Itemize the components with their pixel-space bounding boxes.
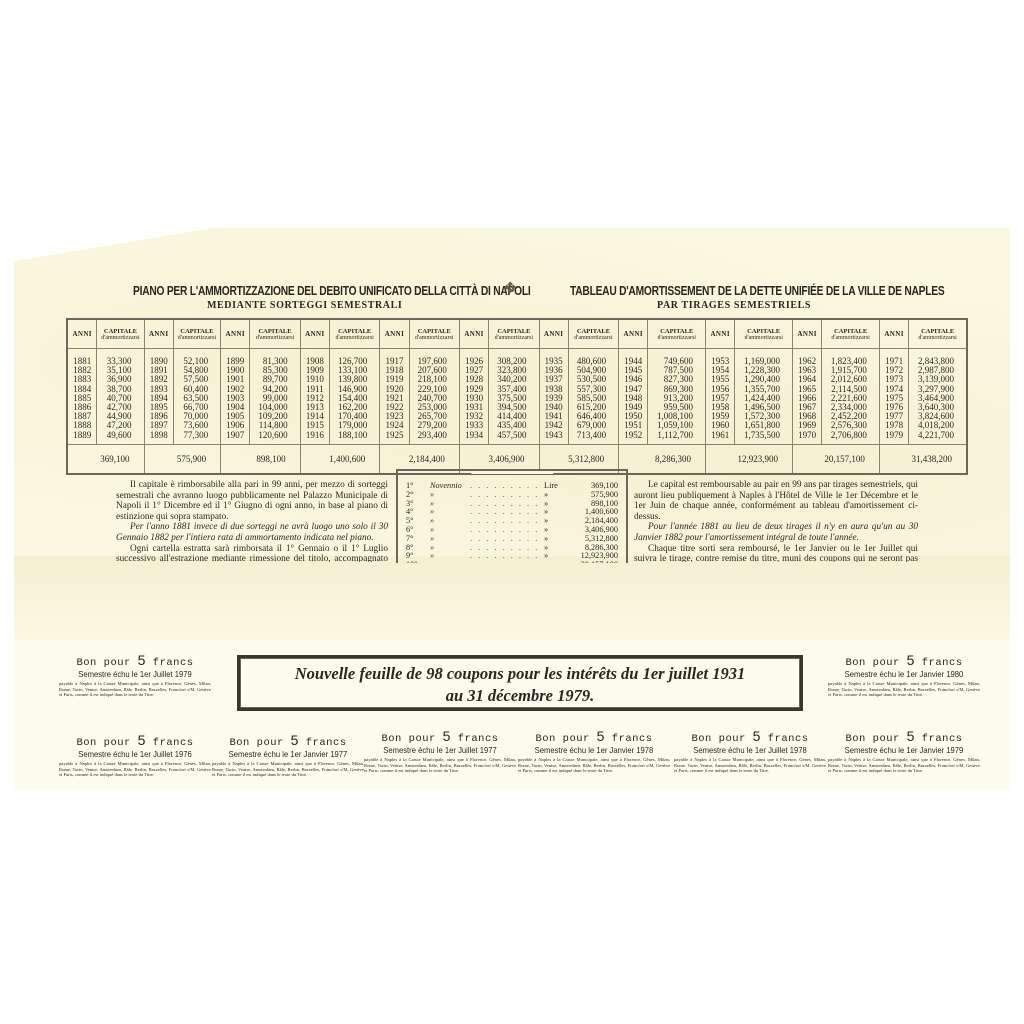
paragraph-text: Pour l'année 1881 au lieu de deux tirage… xyxy=(634,522,918,543)
coupon-amount: Bon pour 5 francs xyxy=(360,728,520,745)
riepilogo-row: 10°». . . . . . . . . . . . . . . . . . … xyxy=(406,561,618,563)
coupon: Bon pour 5 francsSemestre échu le 1er Ja… xyxy=(824,652,984,698)
paragraph-text: Il capitale è rimborsabile alla pari in … xyxy=(116,480,388,522)
coupon-semester: Semestre échu le 1er Juillet 1979 xyxy=(63,669,207,679)
header-anni: ANNI xyxy=(67,319,97,349)
capital-column: 2,843,8002,987,8003,139,0003,297,9003,46… xyxy=(909,349,967,445)
period-total: 1,400,600 xyxy=(300,444,380,474)
header-capitale: CAPITALEd'ammortizzarsi xyxy=(909,319,967,349)
coupon-fine-print: payable à Naples à la Caisse Municipale,… xyxy=(828,757,980,774)
header-capitale: CAPITALEd'ammortizzarsi xyxy=(173,319,220,349)
year-column: 194419451946194719481949195019511952 xyxy=(619,349,648,445)
period-total: 575,900 xyxy=(144,444,221,474)
period-total: 8,286,300 xyxy=(619,444,706,474)
period-total: 20,157,100 xyxy=(792,444,879,474)
year-column: 193519361937193819391940194119421943 xyxy=(539,349,568,445)
year-column: 197119721973197419751976197719781979 xyxy=(879,349,908,445)
paragraph-text: Chaque titre sorti sera remboursé, le 1e… xyxy=(634,544,918,562)
coupon-amount: Bon pour 5 francs xyxy=(55,652,215,669)
coupon: Bon pour 5 francsSemestre échu le 1er Ju… xyxy=(360,728,520,774)
riepilogo-row: 1°Novennio. . . . . . . . . . . . . . . … xyxy=(406,482,618,491)
coupon-fine-print: payable à Naples à la Caisse Municipale,… xyxy=(364,757,516,774)
capital-column: 1,823,4001,915,7002,012,6002,114,5002,22… xyxy=(822,349,880,445)
header-capitale: CAPITALEd'ammortizzarsi xyxy=(409,319,459,349)
coupon-fine-print: payable à Naples à la Caisse Municipale,… xyxy=(828,681,980,698)
header-capitale: CAPITALEd'ammortizzarsi xyxy=(822,319,880,349)
paragraph-text: Le capital est remboursable au pair en 9… xyxy=(634,480,918,522)
coupon-semester: Semestre échu le 1er Juillet 1977 xyxy=(368,745,512,755)
header-anni: ANNI xyxy=(144,319,173,349)
header-capitale: CAPITALEd'ammortizzarsi xyxy=(568,319,618,349)
header-anni: ANNI xyxy=(380,319,409,349)
folded-flap xyxy=(14,556,1010,646)
banner-line-1: Nouvelle feuille de 98 coupons pour les … xyxy=(240,663,800,685)
header-capitale: CAPITALEd'ammortizzarsi xyxy=(330,319,380,349)
header-capitale: CAPITALEd'ammortizzarsi xyxy=(250,319,300,349)
coupon: Bon pour 5 francsSemestre échu le 1er Ju… xyxy=(670,728,830,774)
coupon-amount: Bon pour 5 francs xyxy=(670,728,830,745)
coupon-semester: Semestre échu le 1er Juillet 1976 xyxy=(63,749,207,759)
riepilogo-row: 2°». . . . . . . . . . . . . . . . . . .… xyxy=(406,491,618,500)
coupon-amount: Bon pour 5 francs xyxy=(824,652,984,669)
capital-column: 33,30035,10036,90038,70040,70042,70044,9… xyxy=(97,349,144,445)
period-total: 12,923,900 xyxy=(706,444,793,474)
paragraph-text: Ogni cartella estratta sarà rimborsata i… xyxy=(116,544,388,562)
capital-column: 81,30085,30089,70094,20099,000104,000109… xyxy=(250,349,300,445)
capital-column: 197,600207,600218,100229,100240,700253,0… xyxy=(409,349,459,445)
amortization-table: ANNICAPITALEd'ammortizzarsiANNICAPITALEd… xyxy=(66,318,968,475)
subtitle-italian: MEDIANTE SORTEGGI SEMESTRALI xyxy=(207,300,402,311)
coupon-amount: Bon pour 5 francs xyxy=(514,728,674,745)
header-anni: ANNI xyxy=(300,319,329,349)
period-total: 898,100 xyxy=(221,444,301,474)
coupon-fine-print: payable à Naples à la Caisse Municipale,… xyxy=(518,757,670,774)
coupon-fine-print: payable à Naples à la Caisse Municipale,… xyxy=(674,757,826,774)
riepilogo-box: RIEPILOGO 1°Novennio. . . . . . . . . . … xyxy=(396,469,628,563)
subtitle-french: PAR TIRAGES SEMESTRIELS xyxy=(657,300,811,311)
coupon-semester: Semestre échu le 1er Juillet 1978 xyxy=(678,745,822,755)
paragraph-french: Le capital est remboursable au pair en 9… xyxy=(634,480,918,562)
coupon-semester: Semestre échu le 1er Janvier 1977 xyxy=(216,749,360,759)
title-italian: PIANO PER L'AMMORTIZZAZIONE DEL DEBITO U… xyxy=(133,284,530,298)
header-capitale: CAPITALEd'ammortizzarsi xyxy=(489,319,539,349)
coupon-semester: Semestre échu le 1er Janvier 1979 xyxy=(832,745,976,755)
year-column: 189018911892189318941895189618971898 xyxy=(144,349,173,445)
year-column: 192619271928192919301931193219331934 xyxy=(459,349,488,445)
year-column: 191719181919192019211922192319241925 xyxy=(380,349,409,445)
capital-column: 480,600504,900530,500557,300585,500615,2… xyxy=(568,349,618,445)
coupon: Bon pour 5 francsSemestre échu le 1er Ja… xyxy=(824,728,984,774)
coupon-fine-print: payable à Naples à la Caisse Municipale,… xyxy=(59,761,211,778)
coupon: Bon pour 5 francsSemestre échu le 1er Ju… xyxy=(55,652,215,698)
header-capitale: CAPITALEd'ammortizzarsi xyxy=(648,319,706,349)
capital-column: 126,700133,100139,800146,900154,400162,2… xyxy=(330,349,380,445)
table-body-row: 18811882188318841885188618871888188933,3… xyxy=(67,349,967,445)
coupon: Bon pour 5 francsSemestre échu le 1er Ja… xyxy=(514,728,674,774)
year-column: 188118821883188418851886188718881889 xyxy=(67,349,97,445)
riepilogo-rows: 1°Novennio. . . . . . . . . . . . . . . … xyxy=(406,482,618,563)
capital-column: 52,10054,80057,50060,40063,50066,70070,0… xyxy=(173,349,220,445)
year-column: 195319541955195619571958195919601961 xyxy=(706,349,735,445)
coupon-sheet-banner: Nouvelle feuille de 98 coupons pour les … xyxy=(237,655,803,711)
coupon-amount: Bon pour 5 francs xyxy=(824,728,984,745)
capital-column: 1,169,0001,228,3001,290,4001,355,7001,42… xyxy=(735,349,793,445)
header-anni: ANNI xyxy=(221,319,250,349)
ornament-icon: ❖ xyxy=(503,283,517,307)
banner-line-2: au 31 décembre 1979. xyxy=(240,685,800,707)
coupon: Bon pour 5 francsSemestre échu le 1er Ju… xyxy=(55,732,215,778)
header-anni: ANNI xyxy=(619,319,648,349)
header-capitale: CAPITALEd'ammortizzarsi xyxy=(97,319,144,349)
year-column: 196219631964196519661967196819691970 xyxy=(792,349,821,445)
capital-column: 749,600787,500827,300869,300913,200959,5… xyxy=(648,349,706,445)
coupon-amount: Bon pour 5 francs xyxy=(208,732,368,749)
coupon-amount: Bon pour 5 francs xyxy=(55,732,215,749)
header-anni: ANNI xyxy=(539,319,568,349)
paragraph-italian: Il capitale è rimborsabile alla pari in … xyxy=(116,480,388,562)
coupon-semester: Semestre échu le 1er Janvier 1978 xyxy=(522,745,666,755)
title-french: TABLEAU D'AMORTISSEMENT DE LA DETTE UNIF… xyxy=(570,284,944,298)
header-anni: ANNI xyxy=(879,319,908,349)
coupon: Bon pour 5 francsSemestre échu le 1er Ja… xyxy=(208,732,368,778)
capital-column: 308,200323,800340,200357,400375,500394,5… xyxy=(489,349,539,445)
year-column: 190819091910191119121913191419151916 xyxy=(300,349,329,445)
header-anni: ANNI xyxy=(706,319,735,349)
header-capitale: CAPITALEd'ammortizzarsi xyxy=(735,319,793,349)
year-column: 189919001901190219031904190519061907 xyxy=(221,349,250,445)
period-total: 31,438,200 xyxy=(879,444,967,474)
header-anni: ANNI xyxy=(792,319,821,349)
riepilogo-title: RIEPILOGO xyxy=(471,469,553,474)
table-header-row: ANNICAPITALEd'ammortizzarsiANNICAPITALEd… xyxy=(67,319,967,349)
header-anni: ANNI xyxy=(459,319,488,349)
paragraph-text: Per l'anno 1881 invece di due sorteggi n… xyxy=(116,522,388,543)
coupon-fine-print: payable à Naples à la Caisse Municipale,… xyxy=(59,681,211,698)
period-total: 369,100 xyxy=(67,444,144,474)
coupon-semester: Semestre échu le 1er Janvier 1980 xyxy=(832,669,976,679)
coupon-fine-print: payable à Naples à la Caisse Municipale,… xyxy=(212,761,364,778)
